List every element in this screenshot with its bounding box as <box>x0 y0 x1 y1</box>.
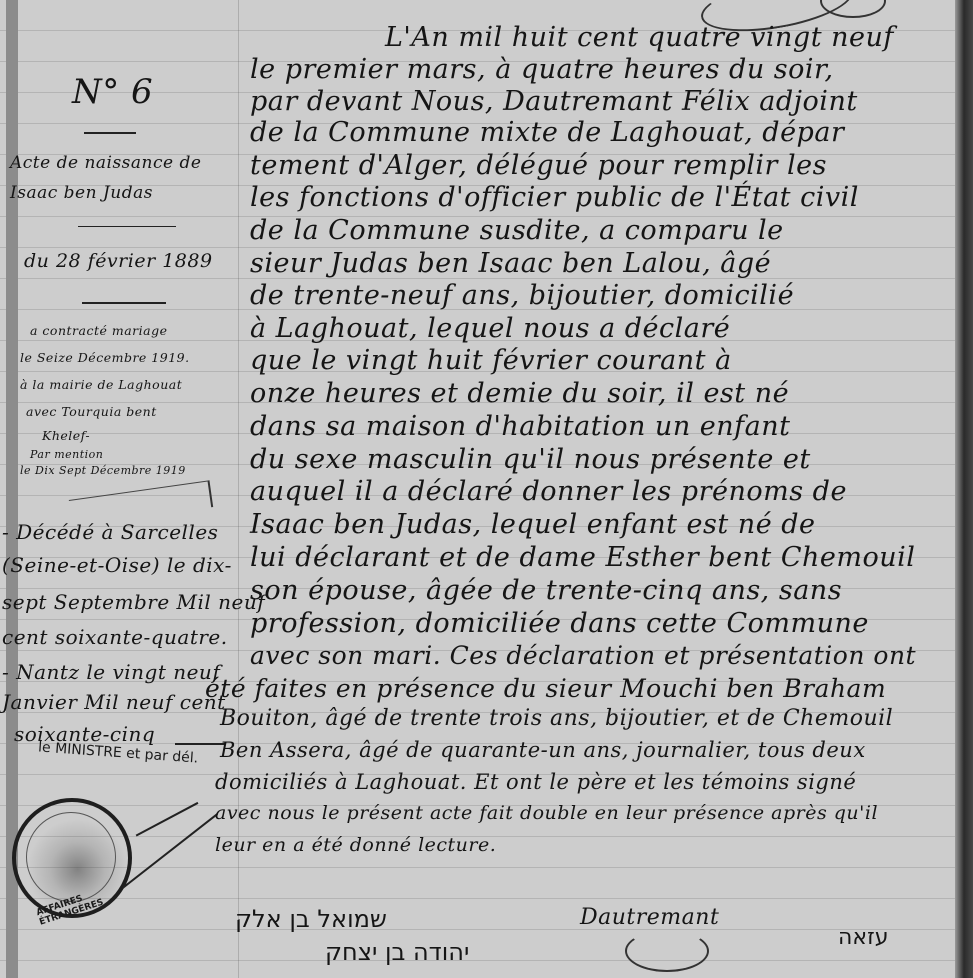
body-line: que le vingt huit février courant à <box>250 345 732 376</box>
page-edge-shadow <box>955 0 973 978</box>
body-line: Bouiton, âgé de trente trois ans, bijout… <box>220 706 893 731</box>
register-page: N° 6 Acte de naissance de Isaac ben Juda… <box>0 0 973 978</box>
caption-date: du 28 février 1889 <box>24 250 213 272</box>
body-line: le premier mars, à quatre heures du soir… <box>250 54 834 85</box>
body-line: lui déclarant et de dame Esther bent Che… <box>250 542 915 573</box>
divider <box>82 302 166 304</box>
body-line: dans sa maison d'habitation un enfant <box>250 411 791 442</box>
caption-name: Isaac ben Judas <box>10 183 153 203</box>
body-line: auquel il a déclaré donner les prénoms d… <box>250 476 847 507</box>
divider <box>175 743 225 745</box>
death-note-line: - Décédé à Sarcelles <box>2 520 218 544</box>
body-line: sieur Judas ben Isaac ben Lalou, âgé <box>250 248 771 279</box>
signature-hebrew-witness: שמואל בן אלק <box>235 905 387 933</box>
body-line: de la Commune mixte de Laghouat, dépar <box>250 117 844 148</box>
death-note-line: (Seine-et-Oise) le dix- <box>2 553 232 577</box>
margin-column: N° 6 Acte de naissance de Isaac ben Juda… <box>0 0 240 978</box>
marriage-note-line: avec Tourquia bent <box>26 404 157 419</box>
caption-title: Acte de naissance de <box>10 153 201 173</box>
marriage-note-line: le Seize Décembre 1919. <box>20 350 190 365</box>
death-note-line: cent soixante-quatre. <box>2 625 228 649</box>
signature-hebrew-witness-2: עזאה <box>838 925 888 950</box>
body-line: domiciliés à Laghouat. Et ont le père et… <box>215 770 856 794</box>
entry-number: N° 6 <box>72 72 153 112</box>
body-line: avec son mari. Ces déclaration et présen… <box>250 641 916 670</box>
body-line: leur en a été donné lecture. <box>215 834 496 856</box>
body-line: onze heures et demie du soir, il est né <box>250 378 789 409</box>
body-line: avec nous le présent acte fait double en… <box>215 802 878 824</box>
body-line: Ben Assera, âgé de quarante-un ans, jour… <box>220 738 866 762</box>
signature-officer-flourish <box>625 930 709 972</box>
body-line: du sexe masculin qu'il nous présente et <box>250 444 811 475</box>
death-note-line: Janvier Mil neuf cent <box>2 690 226 714</box>
marriage-note-line: a contracté mariage <box>30 323 167 338</box>
body-line: de trente-neuf ans, bijoutier, domicilié <box>250 280 794 311</box>
divider <box>78 226 176 227</box>
marriage-note-line: Par mention <box>30 448 103 461</box>
signature-hebrew-father: יהודה בן יצחק <box>325 938 469 966</box>
body-line: L'An mil huit cent quatre vingt neuf <box>385 22 894 53</box>
body-line: à Laghouat, lequel nous a déclaré <box>250 313 730 344</box>
body-line: Isaac ben Judas, lequel enfant est né de <box>250 509 816 540</box>
divider <box>84 132 136 134</box>
marriage-note-line: à la mairie de Laghouat <box>20 377 182 392</box>
body-line: de la Commune susdite, a comparu le <box>250 215 784 246</box>
body-line: profession, domiciliée dans cette Commun… <box>250 608 869 639</box>
marriage-note-line: le Dix Sept Décembre 1919 <box>20 464 186 477</box>
body-line: par devant Nous, Dautremant Félix adjoin… <box>250 86 858 117</box>
death-note-line: sept Septembre Mil neuf <box>2 590 265 614</box>
body-line: tement d'Alger, délégué pour remplir les <box>250 150 827 181</box>
body-line: son épouse, âgée de trente-cinq ans, san… <box>250 575 842 606</box>
signature-officer: Dautremant <box>580 905 719 930</box>
marriage-note-line: Khelef- <box>42 428 90 443</box>
body-line: les fonctions d'officier public de l'Éta… <box>250 182 859 213</box>
stamp-signature <box>122 775 199 836</box>
death-note-line: - Nantz le vingt neuf <box>2 660 220 684</box>
official-seal-stamp: AFFAIRES ÉTRANGÈRES <box>12 798 132 918</box>
page-flourish <box>820 0 886 18</box>
body-line: été faites en présence du sieur Mouchi b… <box>205 674 886 703</box>
